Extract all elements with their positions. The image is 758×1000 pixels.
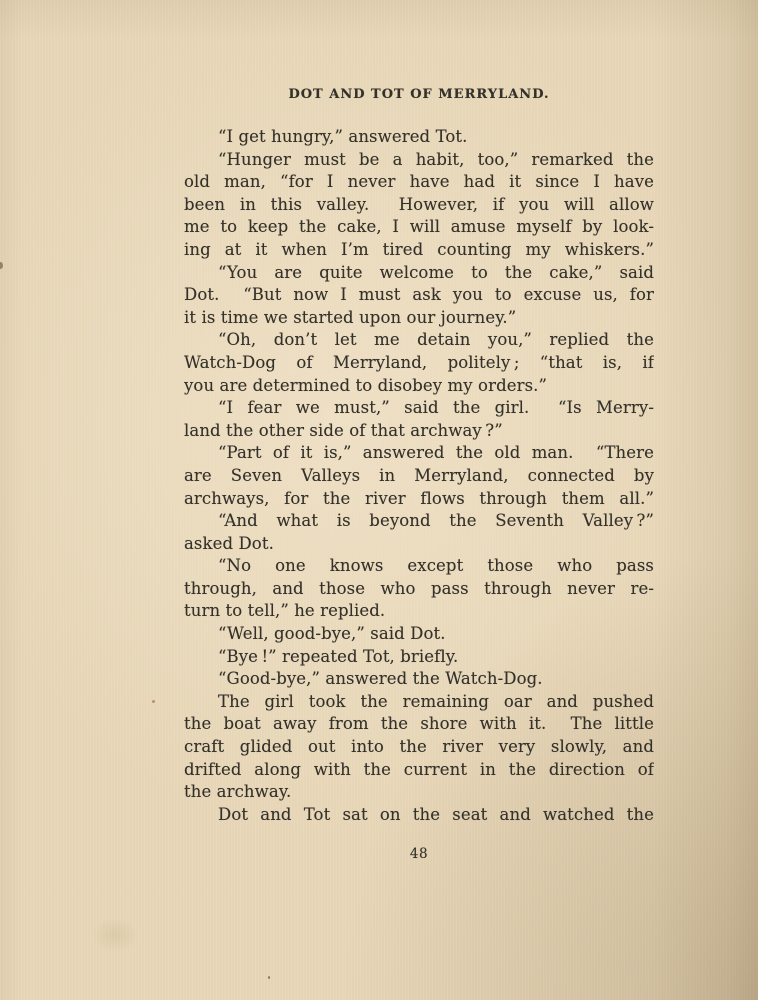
text-line: ing at it when I’m tired counting my whi… (184, 239, 654, 262)
paragraph: “Hunger must be a habit, too,” remarked … (184, 149, 654, 262)
text-line: old man, “for I never have had it since … (184, 171, 654, 194)
paragraph: “Oh, don’t let me detain you,” replied t… (184, 329, 654, 397)
paper-speck (268, 976, 270, 979)
paragraph: “Part of it is,” answered the old man. “… (184, 442, 654, 510)
text-line: “Good-bye,” answered the Watch-Dog. (184, 668, 654, 691)
text-line: “Oh, don’t let me detain you,” replied t… (184, 329, 654, 352)
running-head: DOT AND TOT OF MERRYLAND. (184, 87, 654, 102)
paragraph: “Bye !” repeated Tot, briefly. (184, 646, 654, 669)
paragraph: “Good-bye,” answered the Watch-Dog. (184, 668, 654, 691)
text-line: “Bye !” repeated Tot, briefly. (184, 646, 654, 669)
text-line: Dot and Tot sat on the seat and watched … (184, 804, 654, 827)
text-line: Watch-Dog of Merryland, politely ; “that… (184, 352, 654, 375)
text-line: turn to tell,” he replied. (184, 600, 654, 623)
paragraph: Dot and Tot sat on the seat and watched … (184, 804, 654, 827)
scanned-book-page: DOT AND TOT OF MERRYLAND. “I get hungry,… (0, 0, 758, 1000)
text-line: archways, for the river flows through th… (184, 488, 654, 511)
paragraph: “I fear we must,” said the girl. “Is Mer… (184, 397, 654, 442)
text-line: The girl took the remaining oar and push… (184, 691, 654, 714)
text-line: drifted along with the current in the di… (184, 759, 654, 782)
text-line: “I get hungry,” answered Tot. (184, 126, 654, 149)
page-number: 48 (184, 846, 654, 862)
text-line: craft glided out into the river very slo… (184, 736, 654, 759)
text-line: the boat away from the shore with it. Th… (184, 713, 654, 736)
text-line: through, and those who pass through neve… (184, 578, 654, 601)
text-line: asked Dot. (184, 533, 654, 556)
text-line: “You are quite welcome to the cake,” sai… (184, 262, 654, 285)
text-line: “Part of it is,” answered the old man. “… (184, 442, 654, 465)
paper-speck (152, 700, 155, 703)
text-line: it is time we started upon our journey.” (184, 307, 654, 330)
text-line: “And what is beyond the Seventh Valley ?… (184, 510, 654, 533)
text-line: “Well, good-bye,” said Dot. (184, 623, 654, 646)
paper-smudge (92, 918, 138, 952)
page-edge-nick (0, 262, 3, 269)
text-line: been in this valley. However, if you wil… (184, 194, 654, 217)
text-line: me to keep the cake, I will amuse myself… (184, 216, 654, 239)
text-line: land the other side of that archway ?” (184, 420, 654, 443)
text-line: “Hunger must be a habit, too,” remarked … (184, 149, 654, 172)
paragraph: “You are quite welcome to the cake,” sai… (184, 262, 654, 330)
paragraph: “I get hungry,” answered Tot. (184, 126, 654, 149)
text-line: “No one knows except those who pass (184, 555, 654, 578)
paragraph: “And what is beyond the Seventh Valley ?… (184, 510, 654, 555)
text-line: you are determined to disobey my orders.… (184, 375, 654, 398)
text-line: Dot. “But now I must ask you to excuse u… (184, 284, 654, 307)
text-line: are Seven Valleys in Merryland, connecte… (184, 465, 654, 488)
paragraph: “No one knows except those who passthrou… (184, 555, 654, 623)
text-line: the archway. (184, 781, 654, 804)
paragraph: The girl took the remaining oar and push… (184, 691, 654, 804)
text-line: “I fear we must,” said the girl. “Is Mer… (184, 397, 654, 420)
paragraph: “Well, good-bye,” said Dot. (184, 623, 654, 646)
text-block: “I get hungry,” answered Tot.“Hunger mus… (184, 126, 654, 826)
